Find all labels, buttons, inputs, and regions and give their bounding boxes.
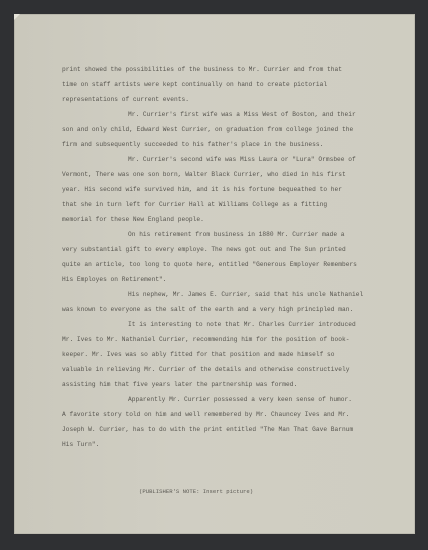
text-line: It is interesting to note that Mr. Charl… — [62, 317, 384, 332]
text-line: memorial for these New England people. — [62, 212, 384, 227]
text-line: Joseph W. Currier, has to do with the pr… — [62, 422, 384, 437]
text-line: On his retirement from business in 1880 … — [62, 227, 384, 242]
text-line: quite an article, too long to quote here… — [62, 257, 384, 272]
text-line: Mr. Currier's second wife was Miss Laura… — [62, 152, 384, 167]
text-line: son and only child, Edward West Currier,… — [62, 122, 384, 137]
text-line: keeper. Mr. Ives was so ably fitted for … — [62, 347, 384, 362]
text-line: His Employes on Retirement". — [62, 272, 384, 287]
text-line: that she in turn left for Currier Hall a… — [62, 197, 384, 212]
text-line: representations of current events. — [62, 92, 384, 107]
text-line: assisting him that five years later the … — [62, 377, 384, 392]
text-line: firm and subsequently succeeded to his f… — [62, 137, 384, 152]
text-line: year. His second wife survived him, and … — [62, 182, 384, 197]
publisher-note: (PUBLISHER'S NOTE: Insert picture) — [139, 488, 253, 495]
text-line: His Turn". — [62, 437, 384, 452]
page-corner — [14, 14, 20, 20]
text-line: Mr. Ives to Mr. Nathaniel Currier, recom… — [62, 332, 384, 347]
document-body: print showed the possibilities of the bu… — [62, 62, 384, 452]
text-line: time on staff artists were kept continua… — [62, 77, 384, 92]
text-line: print showed the possibilities of the bu… — [62, 62, 384, 77]
text-line: A favorite story told on him and well re… — [62, 407, 384, 422]
text-line: Vermont, There was one son born, Walter … — [62, 167, 384, 182]
text-line: Apparently Mr. Currier possessed a very … — [62, 392, 384, 407]
text-line: very substantial gift to every employe. … — [62, 242, 384, 257]
text-line: His nephew, Mr. James E. Currier, said t… — [62, 287, 384, 302]
text-line: was known to everyone as the salt of the… — [62, 302, 384, 317]
text-line: Mr. Currier's first wife was a Miss West… — [62, 107, 384, 122]
text-line: valuable in relieving Mr. Currier of the… — [62, 362, 384, 377]
